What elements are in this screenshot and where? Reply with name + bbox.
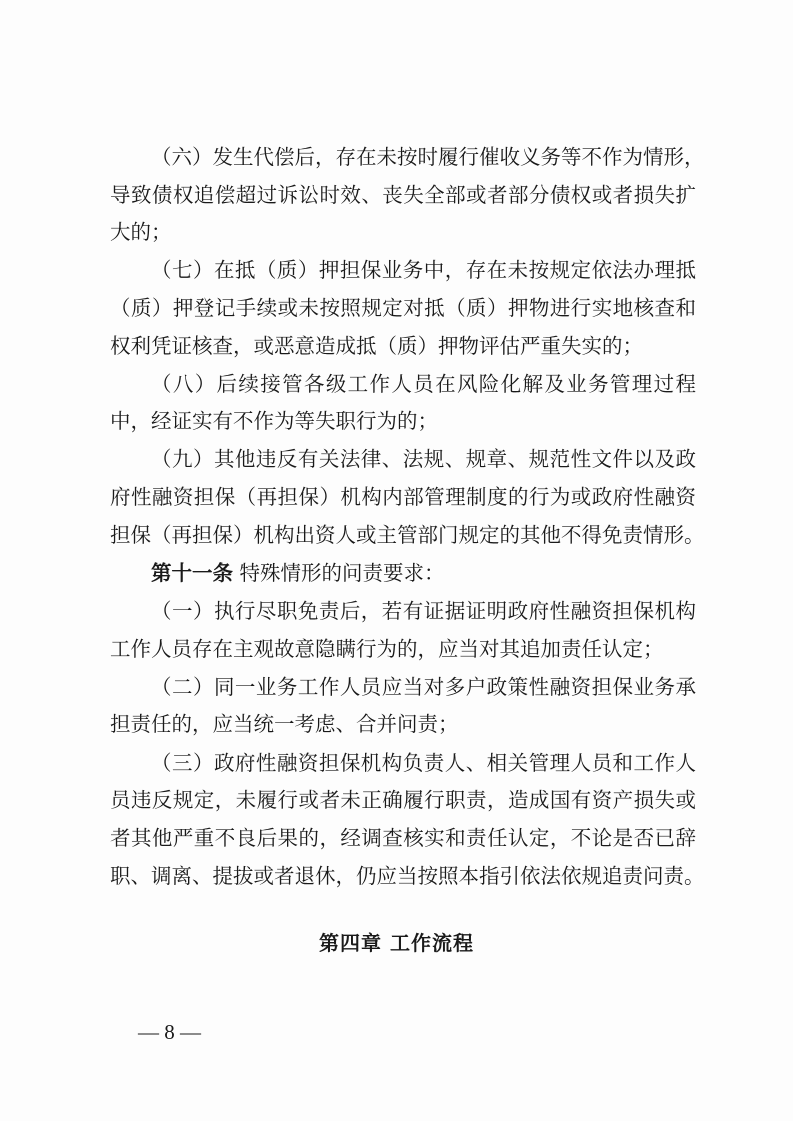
article-11-item-3-line-4: 职、调离、提拔或者退休，仍应当按照本指引依法依规追责问责。 bbox=[110, 861, 696, 891]
paragraph-item-8-line-1: （八）后续接管各级工作人员在风险化解及业务管理过程 bbox=[151, 369, 696, 399]
paragraph-item-9-line-1: （九）其他违反有关法律、法规、规章、规范性文件以及政 bbox=[151, 444, 696, 474]
article-11-item-3-line-2: 员违反规定，未履行或者未正确履行职责，造成国有资产损失或 bbox=[110, 785, 696, 815]
article-11-label: 第十一条 bbox=[151, 561, 233, 585]
paragraph-item-8-line-2: 中，经证实有不作为等失职行为的； bbox=[110, 406, 696, 436]
article-11-item-1-line-2: 工作人员存在主观故意隐瞒行为的，应当对其追加责任认定； bbox=[110, 634, 696, 664]
article-11-item-2-line-2: 担责任的，应当统一考虑、合并问责； bbox=[110, 709, 696, 739]
paragraph-item-7-line-2: （质）押登记手续或未按照规定对抵（质）押物进行实地核查和 bbox=[110, 293, 696, 323]
paragraph-item-6-line-1: （六）发生代偿后，存在未按时履行催收义务等不作为情形， bbox=[151, 142, 696, 172]
paragraph-item-6-line-3: 大的； bbox=[110, 217, 696, 247]
paragraph-item-9-line-2: 府性融资担保（再担保）机构内部管理制度的行为或政府性融资 bbox=[110, 482, 696, 512]
paragraph-item-7-line-1: （七）在抵（质）押担保业务中，存在未按规定依法办理抵 bbox=[151, 255, 696, 285]
article-11-item-3-line-3: 者其他严重不良后果的，经调查核实和责任认定，不论是否已辞 bbox=[110, 823, 696, 853]
article-11-heading: 第十一条 特殊情形的问责要求： bbox=[151, 558, 696, 588]
paragraph-item-6-line-2: 导致债权追偿超过诉讼时效、丧失全部或者部分债权或者损失扩 bbox=[110, 180, 696, 210]
paragraph-item-9-line-3: 担保（再担保）机构出资人或主管部门规定的其他不得免责情形。 bbox=[110, 520, 696, 550]
article-11-item-1-line-1: （一）执行尽职免责后，若有证据证明政府性融资担保机构 bbox=[151, 596, 696, 626]
article-11-item-3-line-1: （三）政府性融资担保机构负责人、相关管理人员和工作人 bbox=[151, 748, 696, 778]
chapter-heading: 第四章 工作流程 bbox=[0, 928, 793, 958]
document-page: （六）发生代偿后，存在未按时履行催收义务等不作为情形， 导致债权追偿超过诉讼时效… bbox=[0, 0, 793, 1121]
article-11-title: 特殊情形的问责要求： bbox=[233, 561, 445, 585]
paragraph-item-7-line-3: 权利凭证核查，或恶意造成抵（质）押物评估严重失实的； bbox=[110, 331, 696, 361]
page-number: — 8 — bbox=[138, 1018, 201, 1046]
article-11-item-2-line-1: （二）同一业务工作人员应当对多户政策性融资担保业务承 bbox=[151, 672, 696, 702]
